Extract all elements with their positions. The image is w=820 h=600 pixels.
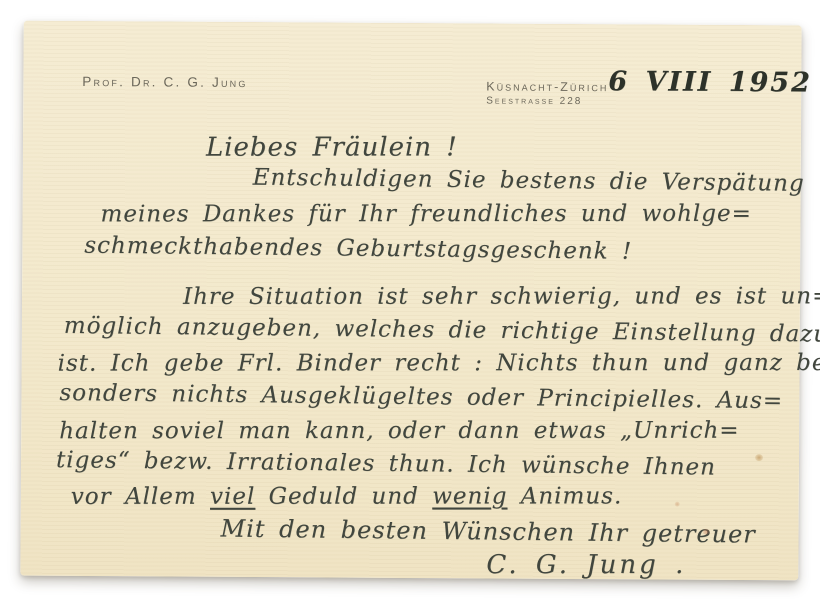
body-text: Geduld und	[255, 484, 432, 510]
body-line: schmeckthabendes Geburtstagsgeschenk !	[84, 233, 632, 265]
body-line: ist. Ich gebe Frl. Binder recht : Nichts…	[58, 350, 820, 377]
handwritten-date: 6 VIII 1952 ,	[608, 66, 820, 98]
letter-paper: Prof. Dr. C. G. Jung Küsnacht-Zürich See…	[20, 21, 801, 581]
body-text: Animus.	[507, 483, 622, 509]
letterhead-city: Küsnacht-Zürich	[486, 79, 608, 94]
closing-line: Mit den besten Wünschen Ihr getreuer	[220, 514, 755, 548]
body-line: tiges“ bezw. Irrationales thun. Ich wüns…	[56, 447, 716, 480]
body-line: meines Dankes für Ihr freundliches und w…	[101, 201, 752, 228]
body-line: Entschuldigen Sie bestens die Verspätung	[253, 165, 805, 197]
scanned-letter-photo: Prof. Dr. C. G. Jung Küsnacht-Zürich See…	[0, 0, 820, 600]
letterhead-street: Seestrasse 228	[486, 95, 608, 107]
signature: C. G. Jung .	[486, 550, 686, 580]
letterhead-name: Prof. Dr. C. G. Jung	[82, 74, 247, 90]
body-line: sonders nichts Ausgeklügeltes oder Princ…	[59, 380, 783, 414]
foxing-stain	[675, 502, 680, 507]
foxing-stain	[755, 454, 763, 461]
body-line: möglich anzugeben, welches die richtige …	[64, 313, 820, 348]
letterhead-address-block: Küsnacht-Zürich Seestrasse 228	[486, 79, 608, 107]
body-line: halten soviel man kann, oder dann etwas …	[59, 418, 739, 445]
underlined-word: wenig	[432, 483, 507, 509]
body-line-with-underlines: vor Allem viel Geduld und wenig Animus.	[71, 483, 622, 509]
underlined-word: viel	[210, 484, 255, 510]
body-text: vor Allem	[71, 484, 210, 510]
salutation: Liebes Fräulein !	[206, 132, 458, 162]
body-line: Ihre Situation ist sehr schwierig, und e…	[183, 283, 820, 310]
